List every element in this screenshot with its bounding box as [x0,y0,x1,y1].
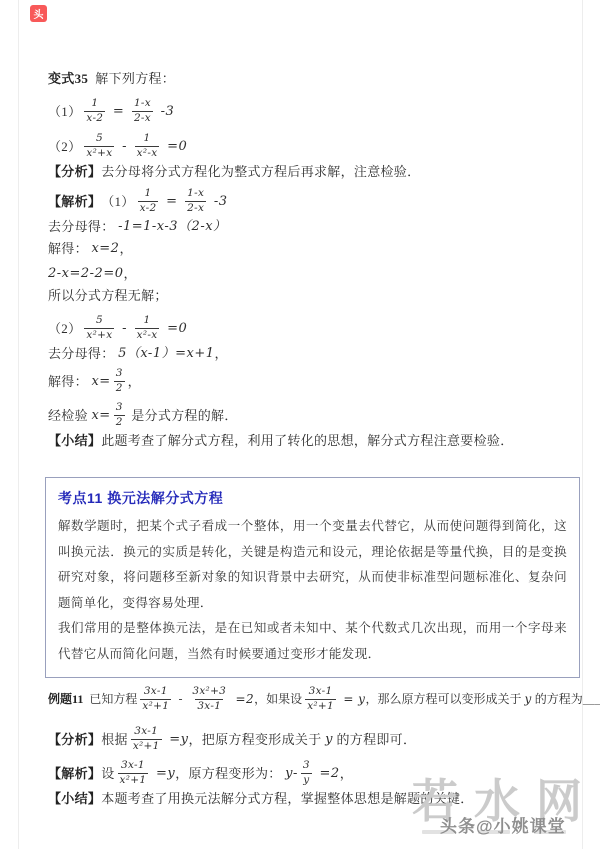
example-analysis-line: 【分析】根据3x-1x²+1 =y，把原方程变形成关于 y 的方程即可． [48,722,560,756]
solve-result-1: 解得： x=2， [48,240,560,257]
math-run: y- [285,765,298,782]
text-run: 此题考查了解分式方程，利用了转化的思想，解分式方程注意要检验． [101,432,513,449]
analysis-line: 【分析】去分母将分式方程化为整式方程后再求解，注意检验． [48,163,560,180]
fraction: 3x-1x²+1 [118,759,149,786]
fraction: 3x²+33x-1 [190,685,228,712]
text-run: 去分母得： [48,345,118,362]
solution-eq1: 【解析】（1）1x-2 = 1-x2-x -3 [48,184,560,218]
math-run: - [117,138,131,155]
text-run: ， [124,265,137,282]
text-run: （2） [48,138,81,155]
keypoint-title: 考点11 换元法解分式方程 [58,488,567,508]
math-run: = [108,103,129,120]
summary-line: 【小结】此题考查了解分式方程，利用了转化的思想，解分式方程注意要检验． [48,432,560,449]
fraction: 32 [114,401,125,428]
fraction: 1x²-x [135,132,160,159]
text-run: ， [340,765,353,782]
fraction: 3x-1x²+1 [131,725,162,752]
solution-eq2: （2）5x²+x - 1x²-x =0 [48,311,560,345]
text-run: 解得： [48,373,91,390]
example-heading-line: 例题11 已知方程3x-1x²+1 - 3x²+33x-1 =2，如果设3x-1… [48,682,560,716]
fraction: 3y [301,759,312,786]
math-run: =0 [162,138,187,155]
math-run: =2 [315,765,340,782]
math-run: 5（x-1）=x+1 [118,345,214,362]
math-run: =0 [162,320,187,337]
text-run: （1） [101,193,134,210]
math-run: = [161,193,182,210]
text-run: ， [215,345,228,362]
keypoint-box: 考点11 换元法解分式方程 解数学题时，把某个式子看成一个整体，用一个变量去代替… [45,477,580,678]
fraction: 5x²+x [84,314,114,341]
label-run: 变式35 [48,70,88,87]
text-run: ， [128,373,141,390]
solve-result-2: 解得： x=32， [48,364,560,398]
math-run: x= [91,407,110,424]
math-run: = y [339,691,365,708]
keypoint-paragraph-2: 我们常用的是整体换元法，是在已知或者未知中、某个代数式几次出现，而用一个字母来代… [58,616,567,667]
text-run: 经检验 [48,407,91,424]
fraction: 5x²+x [84,132,114,159]
verification-line: 经检验 x=32 是分式方程的解． [48,398,560,432]
variation-heading: 变式35 解下列方程： [48,70,560,87]
text-run: 解下列方程： [88,70,175,87]
label-run: 例题11 [48,691,83,708]
fraction: 3x-1x²+1 [140,685,171,712]
text-run: （2） [48,320,81,337]
text-run: 去分母得： [48,218,118,235]
fraction: 3x-1x²+1 [305,685,336,712]
label-run: 【小结】 [48,432,101,449]
math-run: - [174,691,187,708]
check-zero-line: 2-x=2-2=0， [48,265,560,282]
text-run: ，原方程变形为： [175,765,285,782]
keypoint-paragraph-1: 解数学题时，把某个式子看成一个整体，用一个变量去代替它，从而使问题得到简化，这叫… [58,514,567,616]
math-run: - [117,320,131,337]
label-run: 【分析】 [48,163,101,180]
document-page: 头 变式35 解下列方程： （1）1x-2 = 1-x2-x -3 （2）5x²… [0,0,600,849]
clear-denominator-1: 去分母得： -1=1-x-3（2-x） [48,218,560,235]
text-run: ， [119,240,132,257]
text-run: 解得： [48,240,91,257]
text-run: ，把原方程变形成关于 [189,731,326,748]
math-run: x=2 [91,240,119,257]
label-run: 【小结】 [48,790,101,807]
math-run: y [524,691,531,708]
math-run: 2-x=2-2=0 [48,265,124,282]
fraction: 1x-2 [138,187,159,214]
math-run: x= [91,373,110,390]
text-run: 根据 [101,731,128,748]
math-run: -3 [156,103,174,120]
no-solution-line: 所以分式方程无解； [48,287,560,304]
equation-1: （1）1x-2 = 1-x2-x -3 [48,94,560,128]
label-run: 【解析】 [48,193,101,210]
fraction: 1x-2 [84,97,105,124]
watermark-overlay-text: 头条@小姚课堂 [440,812,566,837]
text-run: 是分式方程的解． [128,407,238,424]
math-run: -3 [209,193,227,210]
equation-2: （2）5x²+x - 1x²-x =0 [48,129,560,163]
watermark: 若 水 网 头条@小姚课堂 [412,776,600,846]
fraction: 32 [114,367,125,394]
text-run: 的方程为＿＿＿＿＿． [532,691,600,708]
main-content: 变式35 解下列方程： （1）1x-2 = 1-x2-x -3 （2）5x²+x… [0,0,600,807]
text-run: ，如果设 [254,691,302,708]
label-run: 【分析】 [48,731,101,748]
label-run: 【解析】 [48,765,101,782]
text-run: 设 [101,765,114,782]
fraction: 1-x2-x [185,187,206,214]
math-run: =2 [231,691,254,708]
fraction: 1x²-x [135,314,160,341]
text-run: （1） [48,103,81,120]
math-run: =y [151,765,175,782]
math-run: -1=1-x-3（2-x） [118,218,226,235]
math-run: y [325,731,333,748]
text-run: 去分母将分式方程化为整式方程后再求解，注意检验． [101,163,420,180]
clear-denominator-2: 去分母得： 5（x-1）=x+1， [48,345,560,362]
text-run: 已知方程 [83,691,137,708]
math-run: =y [165,731,189,748]
text-run: 的方程即可． [333,731,416,748]
text-run: 所以分式方程无解； [48,287,168,304]
text-run: ，那么原方程可以变形成关于 [365,691,524,708]
fraction: 1-x2-x [132,97,153,124]
